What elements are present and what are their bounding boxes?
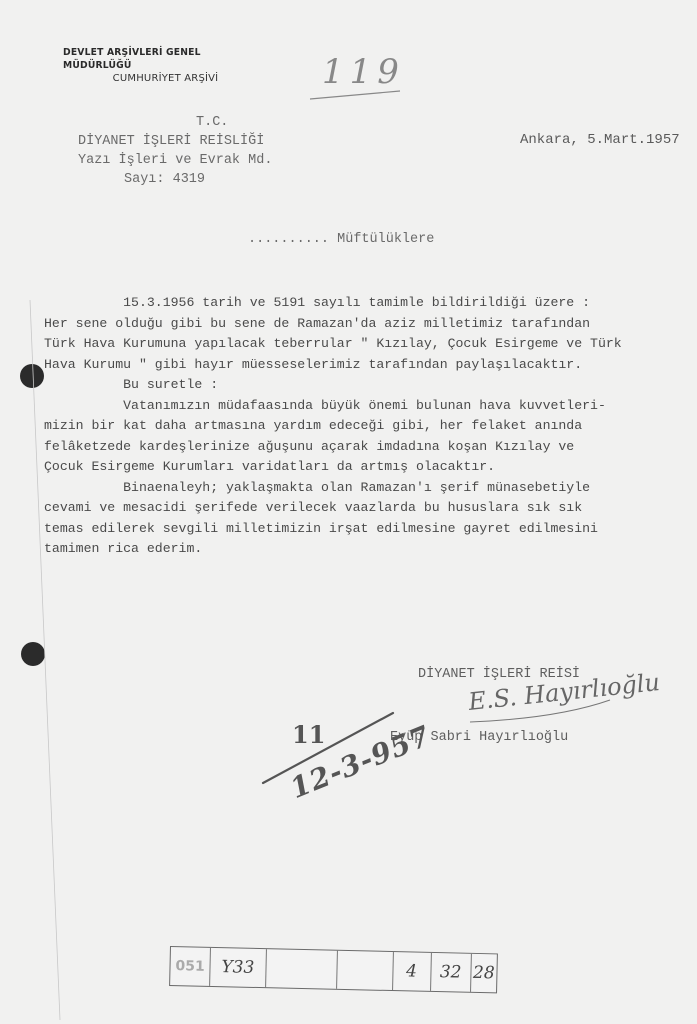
reference-cell (337, 951, 393, 990)
reference-cell: 4 (393, 952, 432, 991)
reference-cell (266, 949, 338, 989)
reference-cell: 051 (170, 947, 211, 986)
paper-crease (0, 0, 697, 1024)
archive-reference-box: 051Y3343228 (169, 946, 498, 993)
document-page: DEVLET ARŞİVLERİ GENEL MÜDÜRLÜĞÜ CUMHURİ… (0, 0, 697, 1024)
reference-cell: Y33 (210, 948, 266, 987)
reference-cell: 32 (431, 953, 472, 992)
reference-cell: 28 (471, 954, 497, 993)
